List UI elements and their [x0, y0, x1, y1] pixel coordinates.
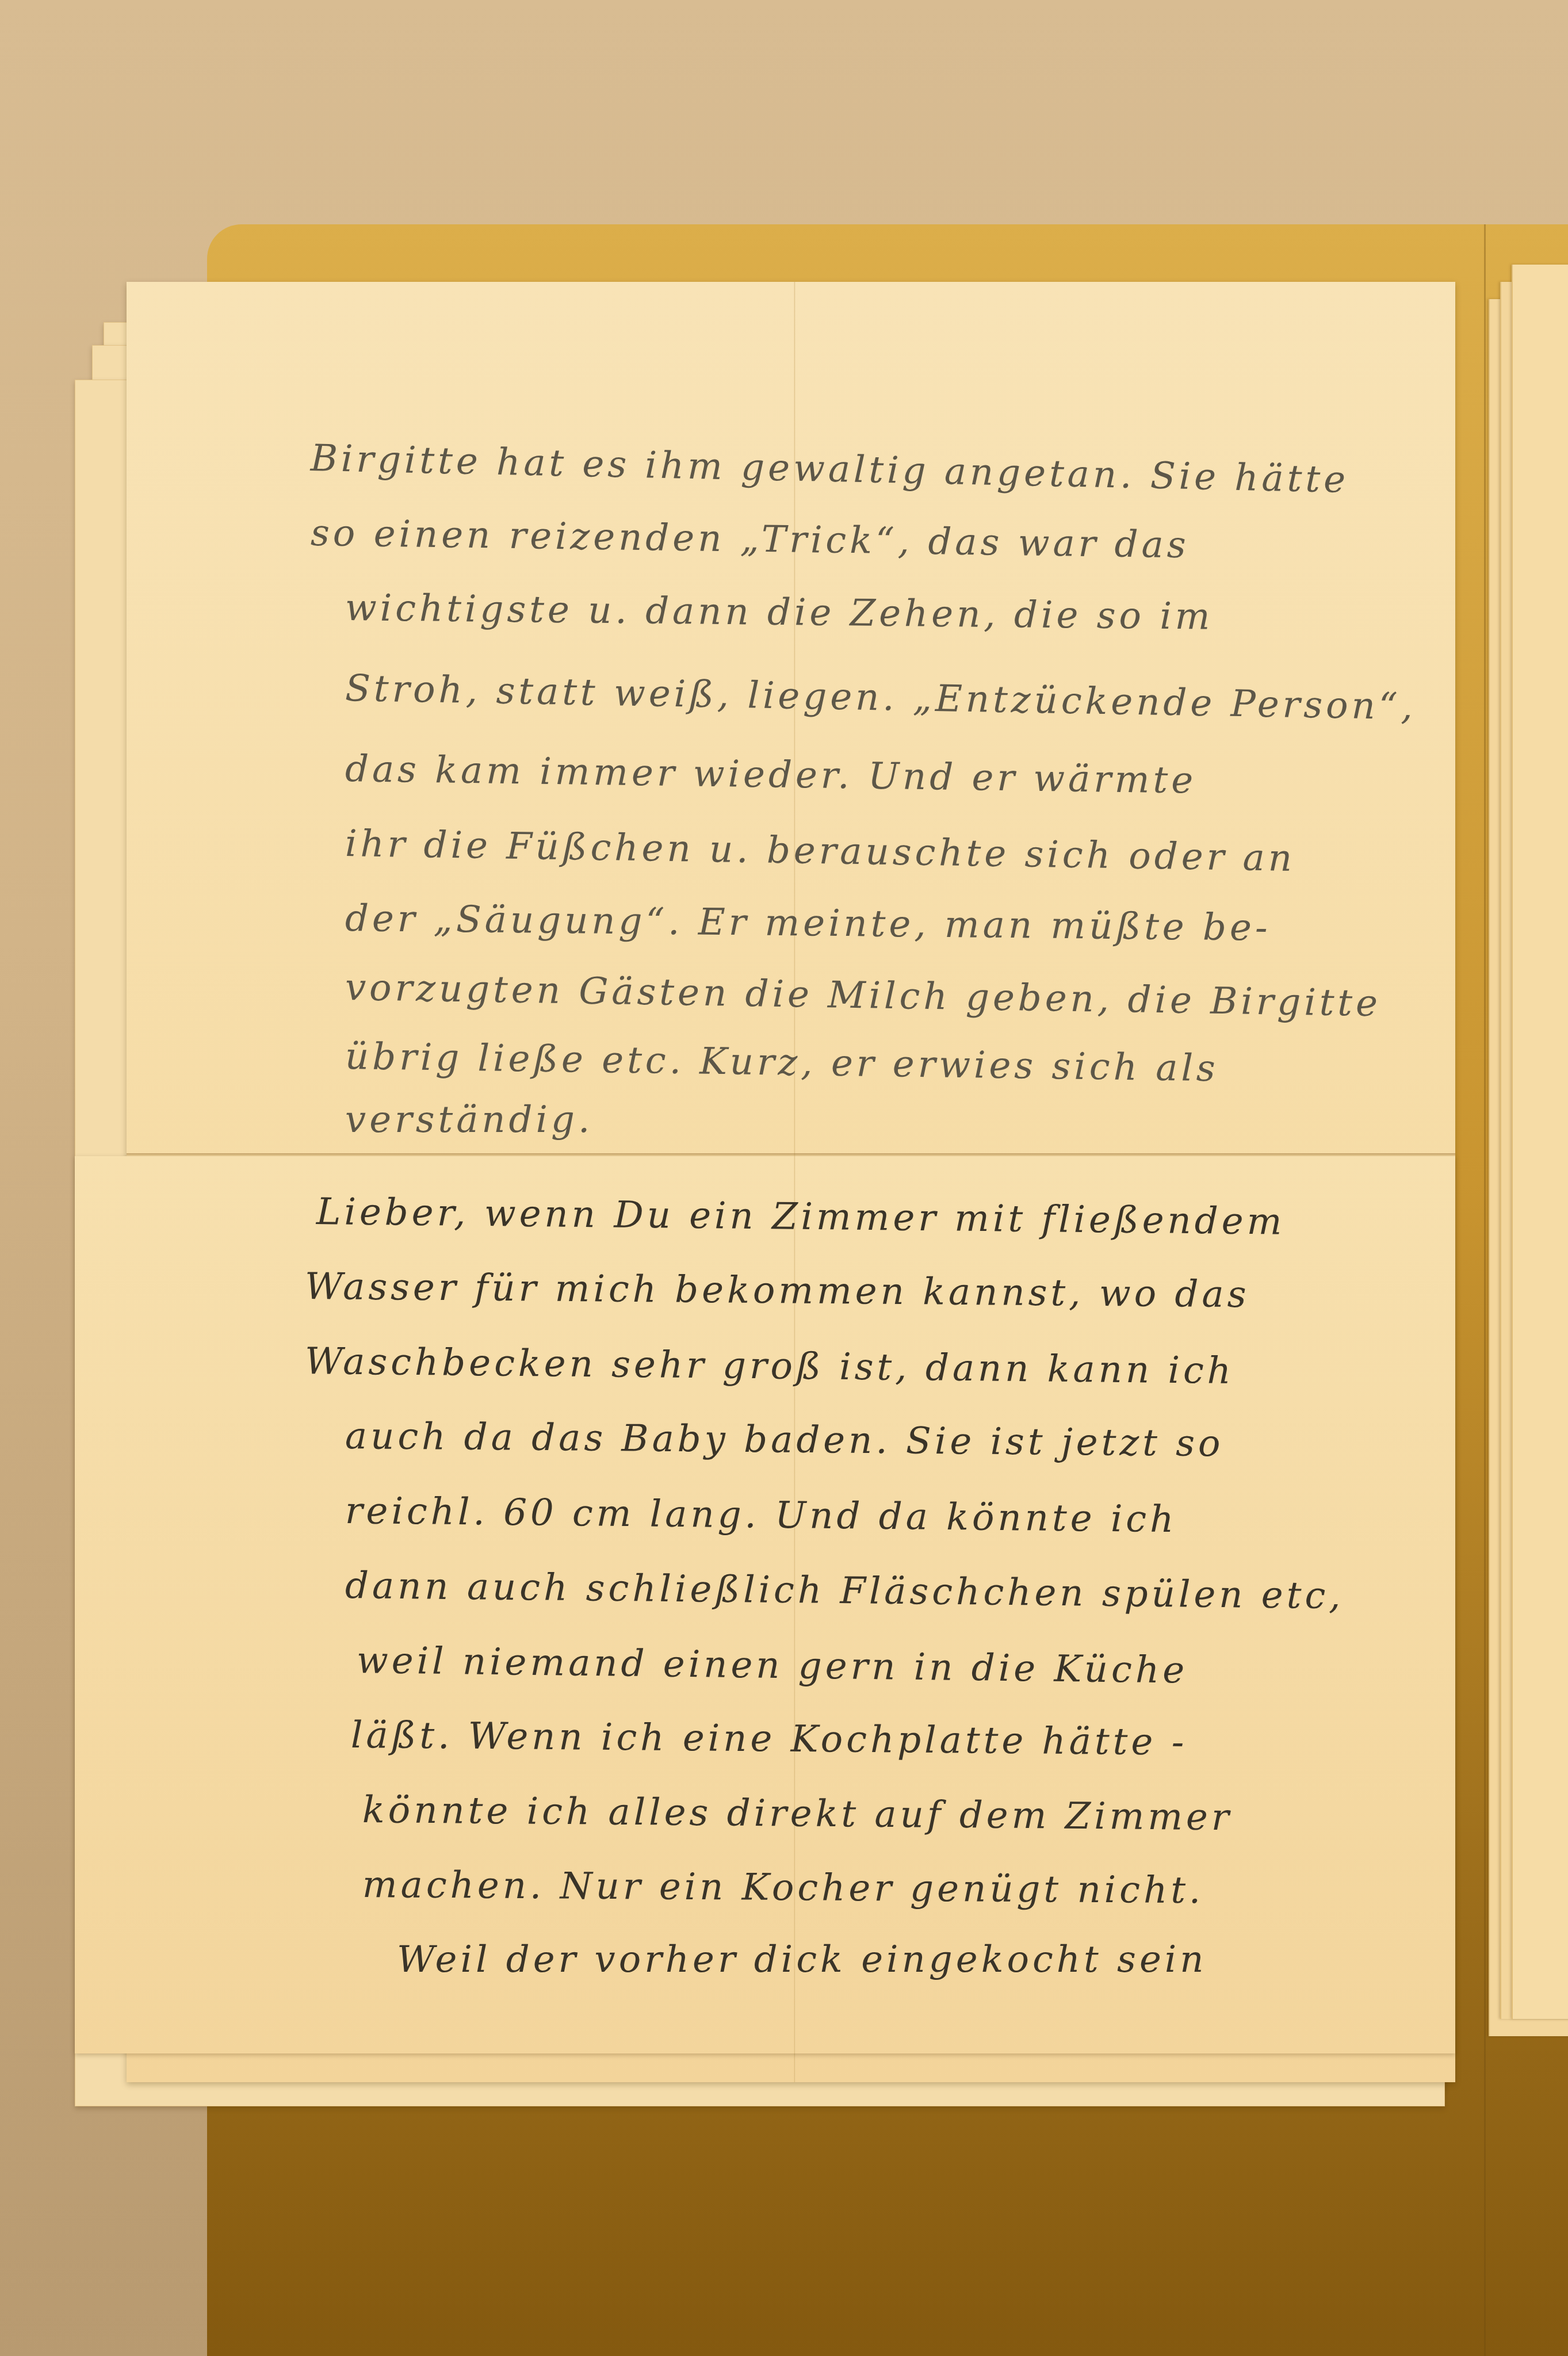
- handwritten-line: verständig.: [345, 1099, 593, 1141]
- handwritten-line: Wasser für mich bekommen kannst, wo das: [305, 1265, 1250, 1316]
- letter-page: Birgitte hat es ihm gewaltig angetan. Si…: [127, 282, 1455, 2082]
- handwritten-line: Birgitte hat es ihm gewaltig angetan. Si…: [310, 437, 1349, 502]
- handwritten-line: der „Säugung“. Er meinte, man müßte be-: [345, 897, 1271, 950]
- handwritten-line: wichtigste u. dann die Zehen, die so im: [345, 587, 1214, 638]
- handwritten-line: übrig ließe etc. Kurz, er erwies sich al…: [345, 1035, 1219, 1090]
- lower-page-half: Lieber, wenn Du ein Zimmer mit fließende…: [75, 1156, 1455, 2053]
- handwritten-line: ihr die Füßchen u. berauschte sich oder …: [345, 823, 1295, 880]
- handwritten-line: machen. Nur ein Kocher genügt nicht.: [362, 1864, 1204, 1912]
- handwritten-line: dann auch schließlich Fläschchen spülen …: [345, 1565, 1344, 1617]
- handwritten-line: Weil der vorher dick eingekocht sein: [397, 1938, 1207, 1981]
- folder-crease: [1484, 224, 1486, 2356]
- handwritten-line: vorzugten Gästen die Milch geben, die Bi…: [345, 966, 1381, 1025]
- adjacent-sheet: [1512, 265, 1568, 2019]
- handwritten-line: reichl. 60 cm lang. Und da könnte ich: [345, 1490, 1177, 1541]
- handwritten-line: so einen reizenden „Trick“, das war das: [310, 512, 1190, 567]
- handwritten-line: könnte ich alles direkt auf dem Zimmer: [362, 1789, 1233, 1839]
- handwritten-line: auch da das Baby baden. Sie ist jetzt so: [345, 1415, 1224, 1465]
- adjacent-page-stack: [1489, 265, 1568, 2059]
- handwritten-line: Waschbecken sehr groß ist, dann kann ich: [305, 1340, 1235, 1393]
- handwritten-line: das kam immer wieder. Und er wärmte: [345, 748, 1196, 802]
- handwritten-line: Lieber, wenn Du ein Zimmer mit fließende…: [316, 1191, 1286, 1244]
- handwritten-line: läßt. Wenn ich eine Kochplatte hätte -: [351, 1714, 1188, 1764]
- handwritten-line: weil niemand einen gern in die Küche: [357, 1639, 1188, 1692]
- handwritten-line: Stroh, statt weiß, liegen. „Entzückende …: [345, 667, 1416, 728]
